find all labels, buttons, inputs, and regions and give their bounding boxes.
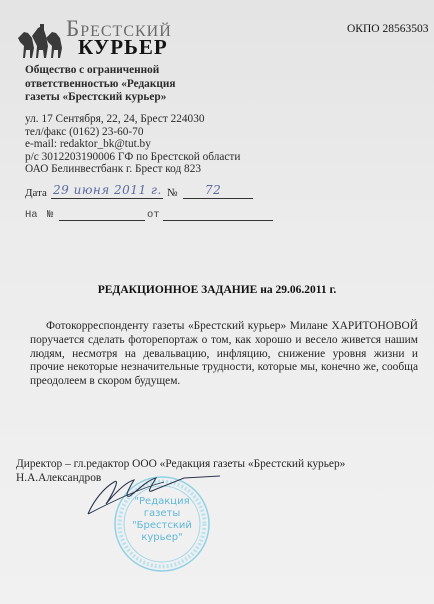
phone-fax: тел/факс (0162) 23-60-70	[25, 126, 240, 139]
stamp-line: курьер"	[112, 532, 212, 544]
number-field: 72	[183, 184, 253, 199]
organization-name: Общество с ограниченной ответственностью…	[25, 64, 175, 105]
date-handwritten: 29 июня 2011 г.	[53, 183, 162, 197]
number-handwritten: 72	[205, 183, 221, 197]
ref-date-field	[163, 206, 273, 221]
street-address: ул. 17 Сентября, 22, 24, Брест 224030	[25, 113, 240, 126]
newspaper-logo: Брестский КУРЬЕР	[16, 20, 192, 56]
number-label: №	[167, 187, 178, 199]
bank-account: р/с 3012203190006 ГФ по Брестской област…	[25, 151, 240, 164]
org-line: Общество с ограниченной	[25, 64, 175, 78]
document-body: Фотокорреспонденту газеты «Брестский кур…	[30, 320, 418, 389]
ref-number-field	[59, 206, 145, 221]
address-block: ул. 17 Сентября, 22, 24, Брест 224030 те…	[25, 113, 240, 176]
date-field: 29 июня 2011 г.	[51, 184, 163, 199]
email: e-mail: redaktor_bk@tut.by	[25, 138, 240, 151]
ref-label: На	[25, 209, 38, 221]
logo-title-bottom: КУРЬЕР	[78, 35, 168, 60]
handwritten-signature-icon	[84, 470, 224, 520]
stamp-line: "Брестский	[112, 520, 212, 532]
okpo-code: ОКПО 28563503	[347, 23, 428, 35]
ref-number-label: №	[47, 209, 53, 221]
org-line: газеты «Брестский курьер»	[25, 91, 175, 105]
body-paragraph: Фотокорреспонденту газеты «Брестский кур…	[30, 320, 418, 387]
org-line: ответственностью «Редакция	[25, 78, 175, 92]
ref-from-label: от	[147, 209, 160, 221]
date-label: Дата	[25, 187, 47, 199]
bank-name: ОАО Белинвестбанк г. Брест код 823	[25, 163, 240, 176]
document-title: РЕДАКЦИОННОЕ ЗАДАНИЕ на 29.06.2011 г.	[0, 284, 434, 296]
horse-troika-icon	[16, 24, 68, 58]
